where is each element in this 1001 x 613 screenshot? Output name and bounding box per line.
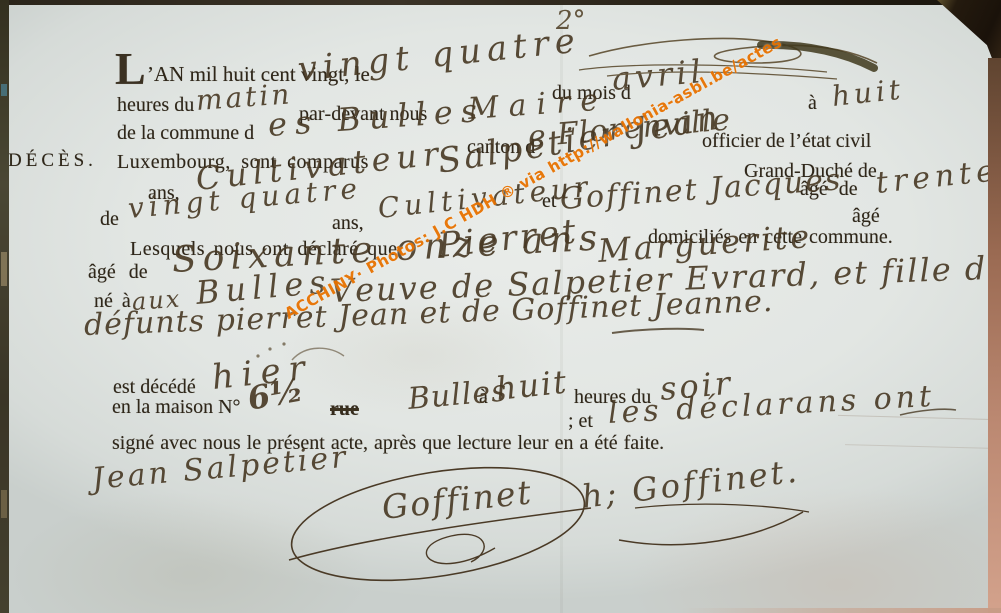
signature-officer-flourish bbox=[575, 500, 815, 552]
scan-edge-bottom-right bbox=[681, 608, 1001, 613]
entry-declarants-note: les déclarans ont bbox=[607, 379, 936, 431]
ruled-line bbox=[845, 444, 993, 449]
printed-line11-b-rue: rue bbox=[330, 398, 359, 421]
entry-death-hour: huit bbox=[494, 363, 570, 408]
printed-line6-c: âgé bbox=[852, 205, 880, 228]
declarants-trailing-dash bbox=[898, 400, 960, 420]
printed-line12: ; et bbox=[568, 410, 593, 433]
printed-line8: âgé de bbox=[88, 261, 148, 284]
scan-edge-left-speck bbox=[1, 252, 7, 286]
mid-ink-scribble bbox=[248, 334, 348, 368]
scan-edge-left-speck-blue bbox=[1, 84, 7, 96]
section-label: DÉCÈS. bbox=[8, 150, 97, 172]
printed-line3-a: de la commune d bbox=[117, 122, 254, 145]
printed-line1-c: à bbox=[808, 92, 817, 115]
death-record-scan: 2° L ’AN mil huit cent vingt, le du mois… bbox=[0, 0, 1001, 613]
printed-line2-a: heures du bbox=[117, 94, 194, 117]
drop-cap: L bbox=[115, 46, 146, 92]
jeanne-trailing-dash bbox=[610, 322, 706, 338]
printed-line11-a: en la maison N° bbox=[112, 396, 241, 419]
signature-witness2-flourish bbox=[283, 452, 595, 592]
scan-edge-top bbox=[0, 0, 1001, 5]
scan-edge-left-speck bbox=[1, 490, 7, 518]
entry-house-number: 6½ bbox=[245, 371, 306, 418]
entry-street: Bulles bbox=[406, 373, 508, 417]
scan-edge-right bbox=[988, 58, 1001, 613]
printed-line6-a: de bbox=[100, 208, 119, 231]
entry-witness1-age: trente bbox=[874, 153, 1000, 201]
entry-day: vingt quatre bbox=[296, 20, 583, 89]
entry-witness2-name: Goffinet Jacques bbox=[559, 162, 844, 217]
entry-commune: es Bulles bbox=[267, 91, 487, 144]
